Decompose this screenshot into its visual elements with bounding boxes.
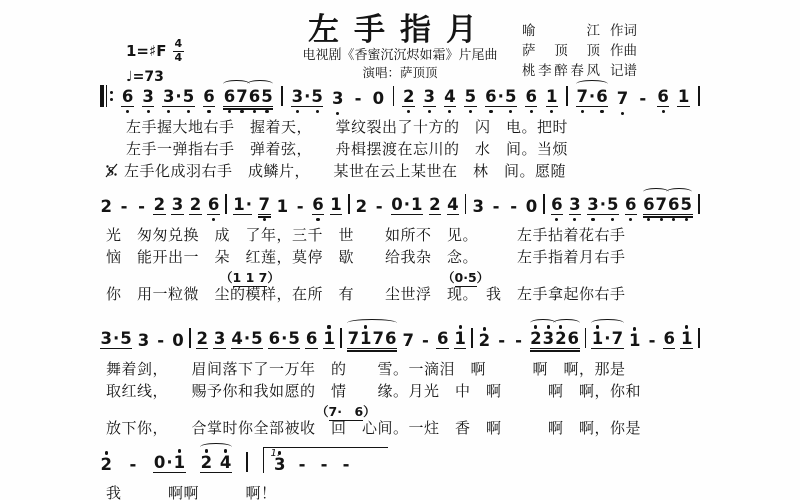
note: 2 [355, 199, 367, 216]
low-octave-dot [509, 110, 512, 113]
high-octave-dot [483, 327, 486, 330]
note: 6765 [223, 89, 273, 108]
low-octave-dot [530, 110, 533, 113]
note-digits: 6 [625, 197, 637, 216]
note-char: 1 [546, 89, 558, 106]
note-char: 2 [100, 457, 112, 474]
note-digits: 3 [472, 199, 484, 216]
note-digits: 2326 [530, 331, 580, 350]
duration-dash: - [373, 199, 385, 216]
song-title: 左手指月 [0, 4, 800, 49]
duration-dash: - [637, 91, 649, 108]
sheet-music-page: 左手指月 电视剧《香蜜沉沉烬如霜》片尾曲 演唱：萨顶顶 1=♯F 4 4 ♩=7… [0, 0, 800, 500]
rest-note: 0 [172, 333, 184, 350]
note-char: · [166, 455, 173, 472]
notation-row: 3·53-0234·56·56171767-612--23261·71-61 [100, 322, 700, 359]
note-digits: 3·5 [162, 89, 194, 108]
note-digits: 6 [525, 89, 537, 108]
low-octave-dot [263, 218, 266, 221]
note-char: 1 [677, 89, 689, 106]
note: 6·5 [485, 89, 517, 108]
barline [698, 86, 700, 106]
credit-line: 桃李醉春风记谱 [522, 61, 637, 81]
note: 3 [142, 89, 154, 108]
low-octave-dot [167, 110, 170, 113]
note-digits: 6 [312, 197, 324, 216]
barline [348, 194, 350, 214]
note: 1 [546, 89, 558, 108]
note-digits: 2 [402, 89, 414, 108]
barline [543, 194, 545, 214]
note: 1 [330, 197, 342, 216]
note-char: 5 [464, 89, 476, 106]
note-digits: 3 [142, 89, 154, 108]
note-digits: 2 [355, 199, 367, 216]
note-digits: 0 [372, 91, 384, 108]
note: 2 [189, 197, 201, 216]
note-char: 3 [274, 457, 286, 474]
note-char: 4 [447, 197, 459, 214]
note: 1 [323, 331, 335, 350]
note: 2 [478, 333, 490, 350]
paren-close: ） [477, 270, 490, 285]
note-char: 2 [555, 331, 567, 348]
note-digits: 7 [402, 333, 414, 350]
note: 7 [616, 91, 628, 108]
note-char: · [403, 197, 410, 214]
repeat-thin-bar [106, 85, 108, 107]
note: 6 [203, 89, 215, 108]
paren-open: （ [220, 270, 233, 285]
duration-dash: - [508, 199, 520, 216]
note-char: 6 [643, 197, 655, 214]
note-digits: 6 [305, 331, 317, 350]
note-digits: 2 [189, 197, 201, 216]
paren-close: ） [267, 270, 280, 285]
note: 1· [233, 197, 253, 216]
score-line: 2-0·12 41.3---我 啊啊 啊！ [100, 446, 700, 500]
note: 3 [171, 197, 183, 216]
note-char: 1 [323, 331, 335, 348]
note: 6 [305, 331, 317, 350]
note-digits: 7 [258, 197, 270, 216]
slur-arc [223, 80, 249, 88]
note-char: · [281, 331, 288, 348]
high-octave-dot [327, 325, 330, 328]
note-char: 3 [331, 91, 343, 108]
lyric-row: 取红线， 赐予你和我如愿的 情 缘。月光 中 啊 啊 啊，你和 [100, 381, 700, 403]
note-digits: 3 [569, 197, 581, 216]
low-octave-dot [296, 110, 299, 113]
low-octave-dot [611, 218, 614, 221]
song-subtitle: 电视剧《香蜜沉沉烬如霜》片尾曲 [0, 44, 800, 63]
note-digits: 4·5 [231, 331, 263, 350]
note-char: 0 [372, 91, 384, 108]
note-digits: 2 [100, 199, 112, 216]
lyric-text: 左手化成羽右手 成鳞片， 某世在云上某世在 林 间。愿随 [124, 164, 566, 180]
note-digits: 6765 [643, 197, 693, 216]
segno-icon: S [104, 162, 119, 179]
note-char: 3 [291, 89, 303, 106]
credit-name: 喻 江 [522, 21, 600, 41]
rest-note: 0 [372, 91, 384, 108]
duration-dash: - [352, 91, 364, 108]
key-signature: 1=♯F 4 4 [126, 38, 184, 64]
low-octave-dot [647, 218, 650, 221]
low-octave-dot [336, 112, 339, 115]
duration-dash: - [419, 333, 431, 350]
note: 7 [402, 333, 414, 350]
note-digits: 3 [423, 89, 435, 108]
low-octave-dot [489, 110, 492, 113]
low-octave-dot [600, 110, 603, 113]
note-char: 3 [542, 331, 554, 348]
note: 3 [274, 457, 286, 474]
note-digits: 2 4 [200, 455, 232, 474]
time-signature: 4 4 [173, 38, 185, 64]
note-char: 1 [629, 333, 641, 350]
note-char: 1 [173, 455, 185, 472]
note-digits: 1 [323, 331, 335, 350]
note: 6 [625, 197, 637, 216]
grace-notes-row: （1 1 7）（0·5） [100, 269, 700, 284]
note-char: 6 [485, 89, 497, 106]
note-char: 6 [312, 197, 324, 214]
paren-close: ） [363, 404, 376, 419]
score-line: 633·5667653·53-023456·5617·67-61左手握大地右手 … [100, 80, 700, 183]
lyric-row: 我 啊啊 啊！ [100, 483, 700, 500]
low-octave-dot [621, 112, 624, 115]
duration-dash: - [127, 457, 139, 474]
notation-row: 2-0·12 41.3--- [100, 446, 388, 483]
duration-dash: - [513, 333, 525, 350]
note: 6765 [643, 197, 693, 216]
barline [281, 86, 283, 106]
note-char: · [604, 331, 611, 348]
note-char: 1 [330, 197, 342, 214]
duration-dash: - [318, 457, 330, 474]
note-char: 6 [268, 331, 280, 348]
note-digits: 4 [444, 89, 456, 108]
note: 3 [569, 197, 581, 216]
note-char: 2 [530, 331, 542, 348]
note-digits: 1· [233, 197, 253, 216]
note-digits: 6 [663, 331, 675, 350]
note-digits: 3·5 [291, 89, 323, 108]
low-octave-dot [581, 110, 584, 113]
high-octave-dot [459, 325, 462, 328]
low-octave-dot [228, 110, 231, 113]
credit-name: 萨 顶 顶 [522, 41, 600, 61]
note: 6 [207, 197, 219, 216]
note-digits: 2 [100, 457, 112, 474]
note-char: · [588, 89, 595, 106]
slur-arc [200, 443, 232, 451]
volta-bracket: 1.3--- [263, 447, 388, 474]
lyric-row: 放下你， 合掌时你全部被收 回 心间。一炷 香 啊 啊 啊，你是 [100, 418, 700, 440]
note-char: 1 [276, 199, 288, 216]
note-digits: 3·5 [100, 331, 132, 350]
duration-dash: - [490, 199, 502, 216]
note-char: 1 [680, 331, 692, 348]
note-char: · [112, 331, 119, 348]
note-char: 2 [478, 333, 490, 350]
lyric-row: 你 用一粒微 尘的模样，在所 有 尘世浮 现。 我 左手拿起你右手 [100, 284, 700, 306]
note-digits: 1 [330, 197, 342, 216]
lyric-row: 舞着剑， 眉间落下了一万年 的 雪。一滴泪 啊 啊 啊，那是 [100, 359, 700, 381]
time-denominator: 4 [173, 52, 185, 65]
note: 3 [331, 91, 343, 108]
note-char: 6 [551, 197, 563, 214]
note-digits: 1 [546, 89, 558, 108]
lyric-text: 舞着剑， 眉间落下了一万年 的 雪。一滴泪 啊 啊 啊，那是 [106, 362, 626, 378]
note-char: 6 [663, 331, 675, 348]
note-char: 6 [121, 89, 133, 106]
note: 6 [312, 197, 324, 216]
note-digits: 0·1 [153, 455, 185, 474]
note: 6 [121, 89, 133, 108]
barline [698, 194, 700, 214]
barline [698, 328, 700, 348]
note: 1 [454, 331, 466, 350]
note-digits: 3 [213, 331, 225, 350]
low-octave-dot [662, 110, 665, 113]
high-octave-dot [178, 449, 181, 452]
low-octave-dot [253, 110, 256, 113]
low-octave-dot [240, 110, 243, 113]
lyric-text: 我 啊啊 啊！ [106, 486, 277, 500]
note: 1 [680, 331, 692, 350]
note-char: 1 [411, 197, 423, 214]
slur-arc [247, 80, 273, 88]
note-char: 7 [616, 91, 628, 108]
note: 3 [137, 333, 149, 350]
note-digits: 3 [137, 333, 149, 350]
score-line: 3·53-0234·56·56171767-612--23261·71-61舞着… [100, 322, 700, 440]
note-char: 3 [142, 89, 154, 106]
note-digits: 6·5 [268, 331, 300, 350]
note-digits: 6 [551, 197, 563, 216]
note-digits: 0 [525, 199, 537, 216]
note-char: 5 [288, 331, 300, 348]
note-digits: 3 [331, 91, 343, 108]
note-char: 5 [311, 89, 323, 106]
lyric-row: S左手化成羽右手 成鳞片， 某世在云上某世在 林 间。愿随 [100, 161, 700, 183]
note-digits: 1·7 [591, 331, 623, 350]
note: 2 [402, 89, 414, 108]
barline [566, 86, 568, 106]
note: 2 4 [200, 455, 232, 474]
credits-block: 喻 江作词萨 顶 顶作曲桃李醉春风记谱 [522, 21, 637, 81]
note-char: 0 [391, 197, 403, 214]
note-digits: 6 [207, 197, 219, 216]
note-digits: 2 [478, 333, 490, 350]
note: 4·5 [231, 331, 263, 350]
note-char: 1 [360, 331, 372, 348]
note-char: 2 [355, 199, 367, 216]
note: 6·5 [268, 331, 300, 350]
note-char: 4 [231, 331, 243, 348]
note-char: 0 [172, 333, 184, 350]
slur-arc [591, 319, 623, 327]
note: 1 [677, 89, 689, 108]
note-digits: 7 [616, 91, 628, 108]
note: 3·5 [162, 89, 194, 108]
note-char: 3 [569, 197, 581, 214]
slur-arc [666, 188, 692, 196]
low-octave-dot [207, 110, 210, 113]
note-char: 6 [248, 89, 260, 106]
note-char: 1 [233, 197, 245, 214]
low-octave-dot [555, 218, 558, 221]
note: 3·5 [100, 331, 132, 350]
score-line: 2--23261·71-612-0·1243--0633·566765光 匆匆兑… [100, 188, 700, 306]
note-char: 6 [305, 331, 317, 348]
low-octave-dot [147, 110, 150, 113]
note-char: 2 [200, 455, 212, 472]
note: 3 [213, 331, 225, 350]
note-digits: 7176 [347, 331, 397, 350]
low-octave-dot [629, 218, 632, 221]
note-digits: 1 [454, 331, 466, 350]
duration-dash: - [118, 199, 130, 216]
credit-line: 萨 顶 顶作曲 [522, 41, 637, 61]
note-char: 5 [606, 197, 618, 214]
note-char: 2 [196, 331, 208, 348]
note: 6 [525, 89, 537, 108]
note: 4 [444, 89, 456, 108]
repeat-begin-sign [100, 85, 113, 107]
note-char: 1 [454, 331, 466, 348]
note-char: 4 [444, 89, 456, 106]
note: 6 [436, 331, 448, 350]
note-char: 6 [203, 89, 215, 106]
low-octave-dot [428, 110, 431, 113]
note-char: 6 [525, 89, 537, 106]
duration-dash: - [496, 333, 508, 350]
note: 7 [258, 197, 270, 216]
high-octave-dot [278, 451, 281, 454]
note: 3 [423, 89, 435, 108]
duration-dash: - [294, 199, 306, 216]
note-digits: 5 [464, 89, 476, 108]
barline [340, 328, 342, 348]
barline [393, 86, 395, 106]
note-digits: 1 [276, 199, 288, 216]
rest-note: 0 [525, 199, 537, 216]
note-digits: 6765 [223, 89, 273, 108]
repeat-dot [110, 98, 113, 101]
note: 6 [663, 331, 675, 350]
note-digits: 3 [274, 457, 286, 474]
lyric-text: 光 匆匆兑换 成 了年，三千 世 如所不 见。 左手拈着花右手 [106, 228, 626, 244]
note-char [213, 455, 220, 472]
note: 6 [657, 89, 669, 108]
low-octave-dot [685, 218, 688, 221]
notation-row: 2--23261·71-612-0·1243--0633·566765 [100, 188, 700, 225]
grace-notes-row: （7· 6） [100, 403, 700, 418]
slur-arc [347, 319, 397, 327]
note-digits: 2 [153, 197, 165, 216]
note: 1 [629, 333, 641, 350]
low-octave-dot [448, 110, 451, 113]
low-octave-dot [316, 110, 319, 113]
note-char: 2 [100, 199, 112, 216]
performer-line: 演唱：萨顶顶 [0, 63, 800, 81]
note-char: · [497, 89, 504, 106]
note-char: 4 [219, 455, 231, 472]
note-char: 7 [655, 197, 667, 214]
low-octave-dot [407, 110, 410, 113]
note: 7176 [347, 331, 397, 350]
note-char: 6 [223, 89, 235, 106]
repeat-dot [110, 91, 113, 94]
note-char: 3 [472, 199, 484, 216]
note: 4 [447, 197, 459, 216]
lyric-text: 取红线， 赐予你和我如愿的 情 缘。月光 中 啊 啊 啊，你和 [106, 384, 641, 400]
note-char: 5 [120, 331, 132, 348]
note-char: 7 [347, 331, 359, 348]
note: 2 [153, 197, 165, 216]
note-char: 5 [251, 331, 263, 348]
note-char: 5 [182, 89, 194, 106]
low-octave-dot [672, 218, 675, 221]
note-char: 3 [162, 89, 174, 106]
key-text: 1=♯F [126, 42, 167, 60]
repeat-thick-bar [100, 85, 104, 107]
credit-name: 桃李醉春风 [522, 61, 600, 81]
low-octave-dot [212, 218, 215, 221]
note-char: 0 [153, 455, 165, 472]
note-char: 6 [567, 331, 579, 348]
note-char: · [175, 89, 182, 106]
note: 5 [464, 89, 476, 108]
paren-open: （ [442, 270, 455, 285]
key-and-tempo: 1=♯F 4 4 ♩=73 [126, 38, 184, 85]
low-octave-dot [591, 218, 594, 221]
note-digits: 2 [196, 331, 208, 350]
note-digits: 3 [171, 197, 183, 216]
note-digits: 6 [203, 89, 215, 108]
note-char: 7 [258, 197, 270, 214]
note: 0·1 [391, 197, 423, 216]
note-char: · [245, 197, 252, 214]
lyric-text: 左手握大地右手 握着天， 掌纹裂出了十方的 闪 电。把时 [126, 120, 568, 136]
note: 0·1 [153, 455, 185, 474]
note-char: 6 [207, 197, 219, 214]
note-char: 2 [402, 89, 414, 106]
note-char: 3 [587, 197, 599, 214]
note: 2 [100, 457, 112, 474]
note-char: 7 [576, 89, 588, 106]
note-char: 2 [153, 197, 165, 214]
note-digits: 1 [677, 89, 689, 108]
note-char: 6 [596, 89, 608, 106]
note-digits: 3·5 [587, 197, 619, 216]
credit-role: 作词 [610, 23, 637, 38]
note: 2 [429, 197, 441, 216]
note-char: 7 [611, 331, 623, 348]
note: 6 [551, 197, 563, 216]
note-char: 3 [137, 333, 149, 350]
low-octave-dot [660, 218, 663, 221]
note-char: 6 [657, 89, 669, 106]
low-octave-dot [469, 110, 472, 113]
barline [585, 328, 587, 348]
note-char: 5 [261, 89, 273, 106]
note: 2 [100, 199, 112, 216]
high-octave-dot [633, 327, 636, 330]
